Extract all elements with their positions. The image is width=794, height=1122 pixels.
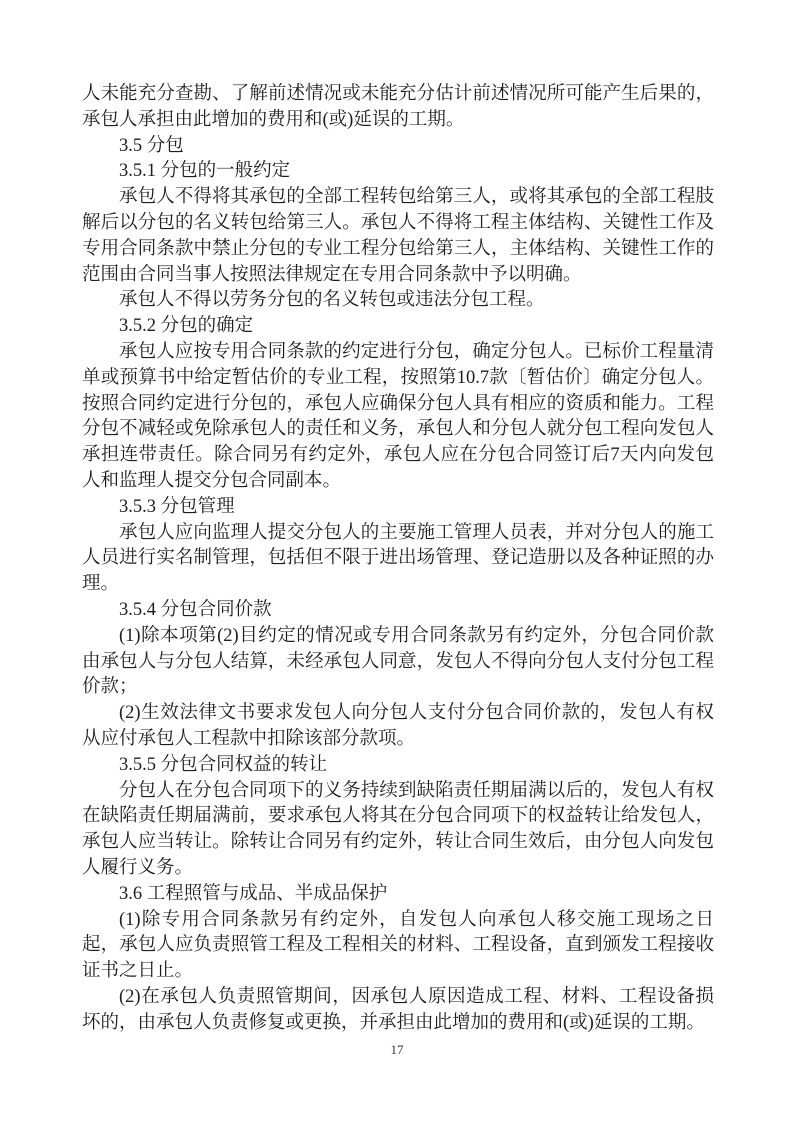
clause-heading: 3.5 分包 [82,134,714,160]
clause-paragraph: 承包人不得将其承包的全部工程转包给第三人，或将其承包的全部工程肢解后以分包的名义… [82,185,714,288]
page-number: 17 [0,1042,794,1058]
clause-paragraph: (2)在承包人负责照管期间，因承包人原因造成工程、材料、工程设备损坏的，由承包人… [82,985,714,1037]
clause-paragraph: 承包人应按专用合同条款的约定进行分包，确定分包人。已标价工程量清单或预算书中给定… [82,340,714,495]
contract-text-block: 人未能充分查勘、了解前述情况或未能充分估计前述情况所可能产生后果的，承包人承担由… [82,82,714,1036]
clause-paragraph: 承包人不得以劳务分包的名义转包或违法分包工程。 [82,288,714,314]
clause-heading: 3.5.3 分包管理 [82,495,714,521]
clause-heading: 3.5.2 分包的确定 [82,314,714,340]
clause-heading: 3.6 工程照管与成品、半成品保护 [82,882,714,908]
clause-heading: 3.5.4 分包合同价款 [82,598,714,624]
clause-heading: 3.5.5 分包合同权益的转让 [82,753,714,779]
clause-paragraph: 人未能充分查勘、了解前述情况或未能充分估计前述情况所可能产生后果的，承包人承担由… [82,82,714,134]
clause-paragraph: (2)生效法律文书要求发包人向分包人支付分包合同价款的，发包人有权从应付承包人工… [82,701,714,753]
clause-paragraph: (1)除本项第(2)目约定的情况或专用合同条款另有约定外，分包合同价款由承包人与… [82,624,714,701]
clause-paragraph: 分包人在分包合同项下的义务持续到缺陷责任期届满以后的，发包人有权在缺陷责任期届满… [82,779,714,882]
clause-paragraph: 承包人应向监理人提交分包人的主要施工管理人员表，并对分包人的施工人员进行实名制管… [82,521,714,598]
clause-heading: 3.5.1 分包的一般约定 [82,159,714,185]
clause-paragraph: (1)除专用合同条款另有约定外，自发包人向承包人移交施工现场之日起，承包人应负责… [82,908,714,985]
document-page: 人未能充分查勘、了解前述情况或未能充分估计前述情况所可能产生后果的，承包人承担由… [0,0,794,1122]
